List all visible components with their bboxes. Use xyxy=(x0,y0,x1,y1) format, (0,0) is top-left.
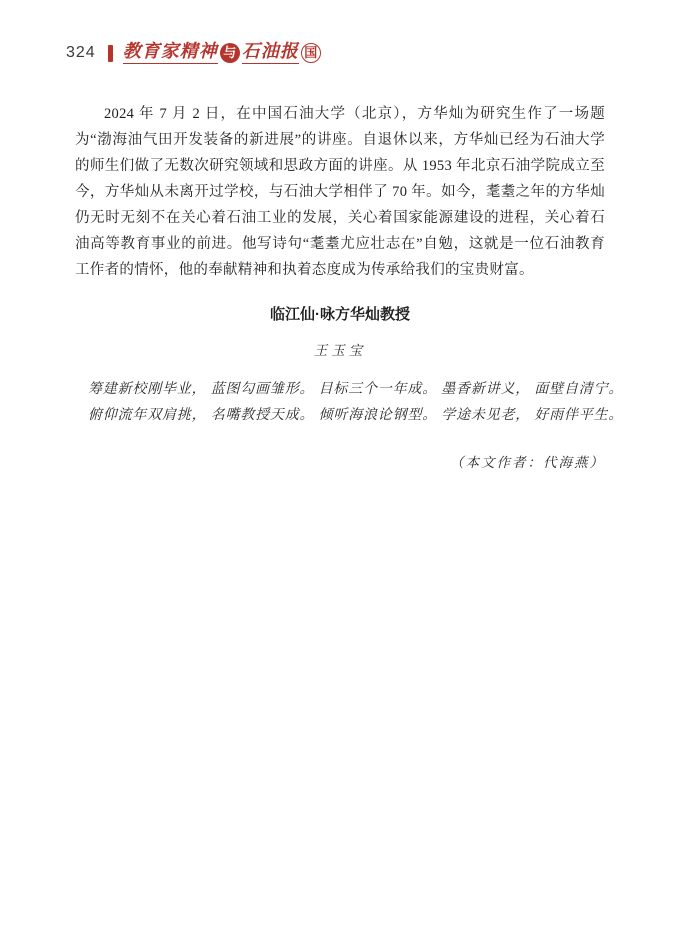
author-attribution: （本文作者：代海燕） xyxy=(75,451,605,471)
header-divider-bar xyxy=(108,45,113,62)
article-content: 2024 年 7 月 2 日，在中国石油大学（北京），方华灿为研究生作了一场题为… xyxy=(75,101,605,471)
logo-yu-circle-badge: 与 xyxy=(220,43,240,63)
poem-line: 筹建新校刚毕业， 蓝图勾画雏形。 目标三个一年成。 墨香新讲义， 面壁自清宁。 xyxy=(88,377,605,403)
series-logo: 教育家精神 与 石油报 国 xyxy=(123,43,321,64)
page-header: 324 教育家精神 与 石油报 国 xyxy=(66,40,680,66)
logo-guo-circle-badge: 国 xyxy=(301,43,321,63)
poem-body: 筹建新校刚毕业， 蓝图勾画雏形。 目标三个一年成。 墨香新讲义， 面壁自清宁。 … xyxy=(75,377,605,429)
logo-text-part2: 石油报 xyxy=(242,43,299,64)
book-page: 324 教育家精神 与 石油报 国 2024 年 7 月 2 日，在中国石油大学… xyxy=(0,0,680,945)
poem-line: 俯仰流年双肩挑， 名嘴教授天成。 倾听海浪论钢型。 学途未见老， 好雨伴平生。 xyxy=(88,403,605,429)
logo-text-part1: 教育家精神 xyxy=(123,43,218,64)
poem-author: 王玉宝 xyxy=(75,339,605,359)
poem-title: 临江仙·咏方华灿教授 xyxy=(75,303,605,324)
page-number: 324 xyxy=(66,44,96,62)
article-paragraph: 2024 年 7 月 2 日，在中国石油大学（北京），方华灿为研究生作了一场题为… xyxy=(75,101,605,283)
